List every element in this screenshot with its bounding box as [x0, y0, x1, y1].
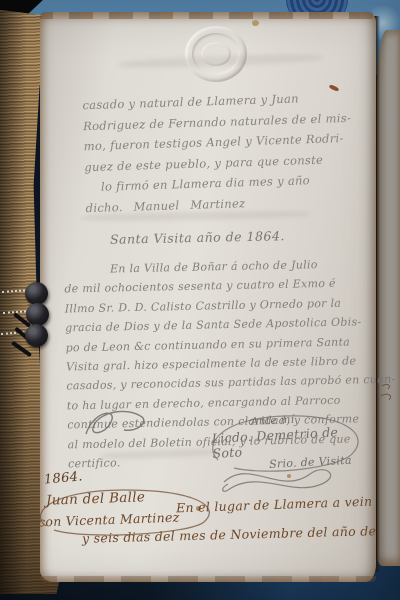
black-ball-pin	[25, 282, 48, 305]
manuscript-page: casado y natural de Llamera y Juan Rodri…	[40, 12, 376, 582]
signature-flourish	[218, 462, 350, 496]
previous-entry-text: casado y natural de Llamera y Juan Rodri…	[82, 87, 354, 218]
visita-heading: Santa Visita año de 1864.	[110, 228, 285, 247]
bishop-rubric-flourish	[78, 404, 150, 446]
black-ball-pin	[25, 324, 48, 347]
embossed-seal	[185, 26, 247, 82]
photo-of-manuscript: casado y natural de Llamera y Juan Rodri…	[0, 0, 400, 600]
black-ball-pin	[26, 303, 49, 326]
foxing-spot	[252, 20, 259, 26]
